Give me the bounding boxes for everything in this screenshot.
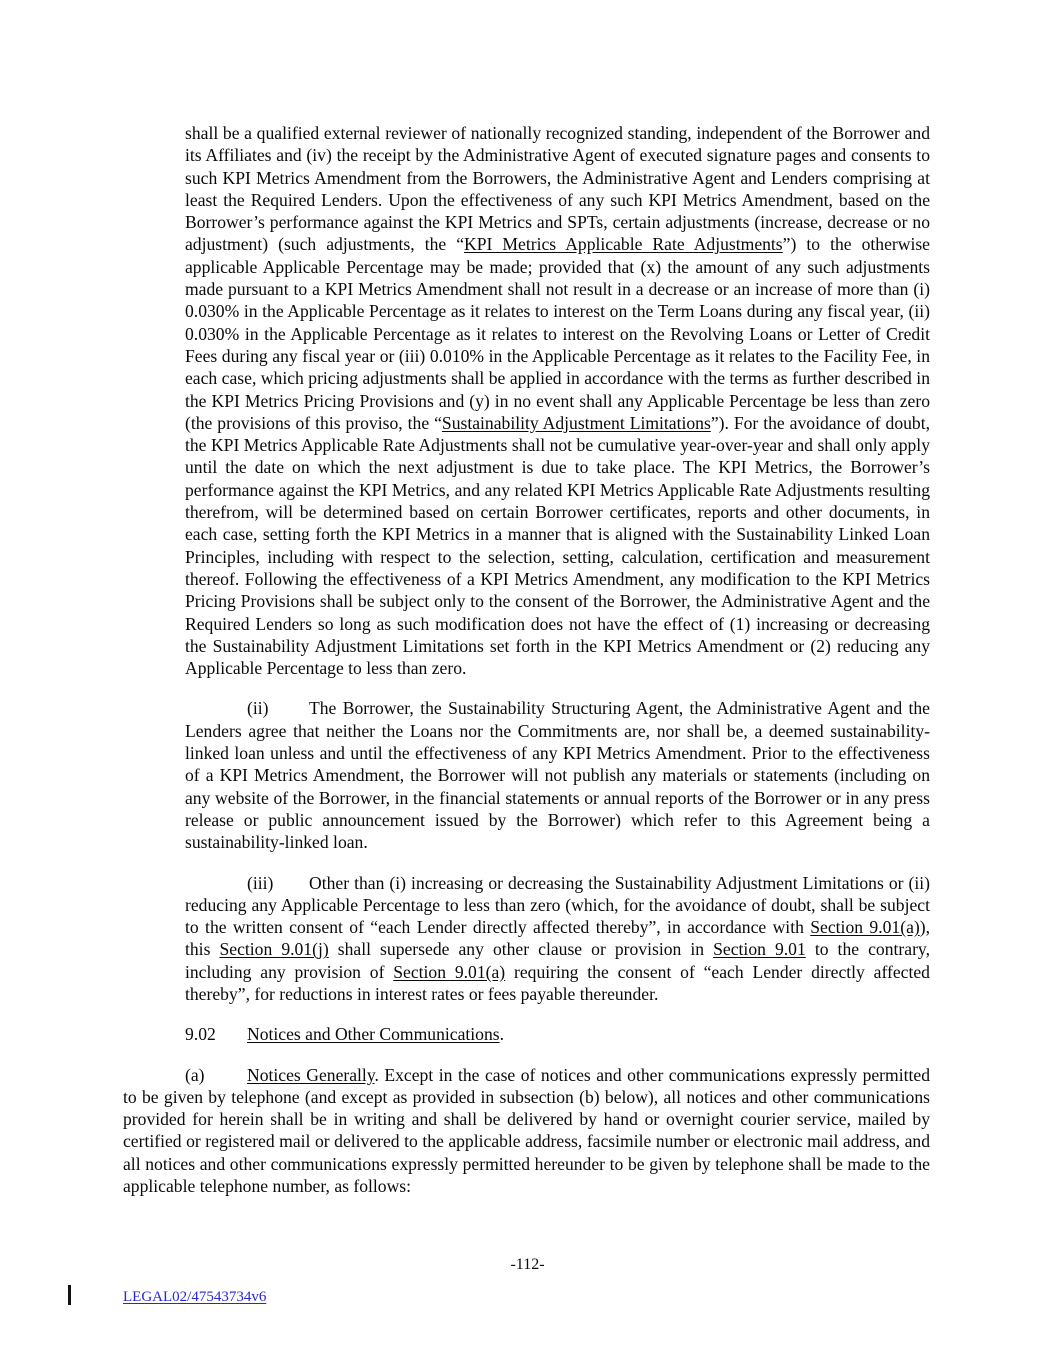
document-id-link[interactable]: LEGAL02/47543734v6 — [123, 1289, 266, 1306]
section-9-02-heading-label: 9.02 — [185, 1023, 247, 1045]
revision-change-bar — [68, 1285, 71, 1305]
document-page: shall be a qualified external reviewer o… — [0, 0, 1055, 1365]
section-9-02-heading: 9.02Notices and Other Communications. — [185, 1023, 930, 1045]
clause-iii-paragraph-segment-3-underlined-term: Section 9.01(j) — [219, 939, 328, 959]
section-9-02-heading-segment-0-underlined-term: Notices and Other Communications — [247, 1024, 500, 1044]
section-9-02-heading-segment-1: . — [500, 1024, 504, 1044]
clause-ii-paragraph-segment-0: The Borrower, the Sustainability Structu… — [185, 698, 930, 852]
page-number: -112- — [0, 1256, 1055, 1274]
document-body: shall be a qualified external reviewer o… — [123, 0, 930, 1197]
notices-generally-paragraph-label: (a) — [185, 1064, 247, 1086]
clause-continuation-paragraph-segment-4: ”). For the avoidance of doubt, the KPI … — [185, 413, 930, 678]
clause-ii-paragraph-label: (ii) — [247, 697, 309, 719]
clause-iii-paragraph-segment-5-underlined-term: Section 9.01 — [713, 939, 806, 959]
clause-continuation-paragraph-segment-3-underlined-term: Sustainability Adjustment Limitations — [442, 413, 711, 433]
clause-continuation-paragraph-segment-1-underlined-term: KPI Metrics Applicable Rate Adjustments — [464, 234, 783, 254]
clause-iii-paragraph-segment-7-underlined-term: Section 9.01(a) — [393, 962, 505, 982]
clause-iii-paragraph: (iii)Other than (i) increasing or decrea… — [185, 872, 930, 1006]
clause-continuation-paragraph-segment-2: ”) to the otherwise applicable Applicabl… — [185, 234, 930, 432]
clause-ii-paragraph: (ii)The Borrower, the Sustainability Str… — [185, 697, 930, 853]
notices-generally-paragraph-segment-0-underlined-term: Notices Generally — [247, 1065, 374, 1085]
clause-iii-paragraph-segment-4: shall supersede any other clause or prov… — [329, 939, 713, 959]
clause-continuation-paragraph: shall be a qualified external reviewer o… — [185, 122, 930, 679]
clause-iii-paragraph-segment-1-underlined-term: Section 9.01(a) — [810, 917, 919, 937]
notices-generally-paragraph: (a)Notices Generally. Except in the case… — [123, 1064, 930, 1198]
clause-iii-paragraph-label: (iii) — [247, 872, 309, 894]
